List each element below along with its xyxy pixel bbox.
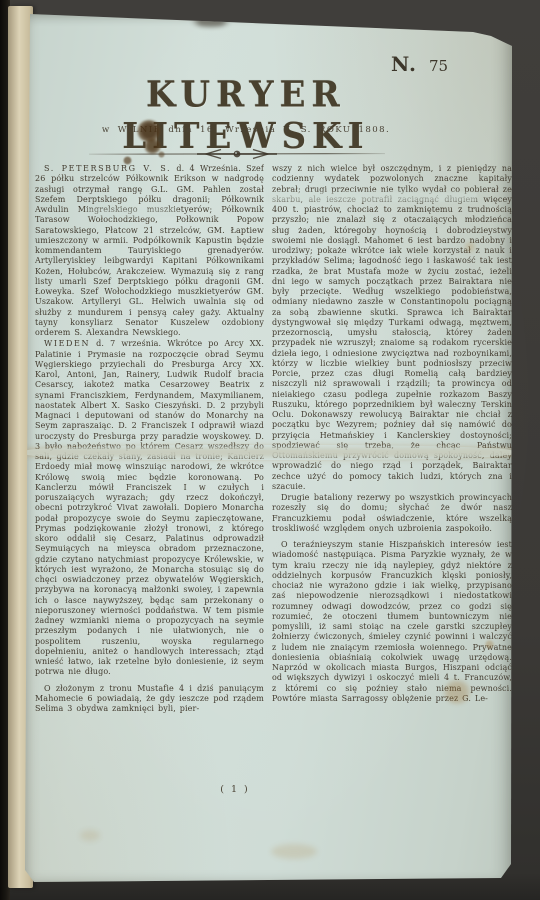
article-paragraph: WIEDEN d. 7 września. Wkrótce po Arcy XX… bbox=[35, 339, 264, 677]
paragraph-text: Drugie bataliony rezerwy po wszystkich p… bbox=[272, 493, 512, 533]
page-number: ( 1 ) bbox=[175, 784, 295, 795]
fox-spot bbox=[271, 844, 317, 859]
paragraph-text: d. 4 Września. Szef 26 półku strzelców P… bbox=[35, 164, 264, 337]
article-paragraph: wszy z nich wielce był oszczędnym, i z p… bbox=[272, 164, 512, 492]
edge-smudge bbox=[187, 12, 235, 27]
ornament-divider-icon bbox=[87, 148, 387, 160]
text-column-left: S. PETERSBURG V. S. d. 4 Września. Szef … bbox=[35, 164, 264, 788]
paragraph-text: wszy z nich wielce był oszczędnym, i z p… bbox=[272, 164, 512, 491]
paragraph-lead: WIEDEN bbox=[44, 339, 90, 348]
paragraph-text: d. 7 września. Wkrótce po Arcy XX. Palat… bbox=[35, 339, 264, 676]
paragraph-lead: S. PETERSBURG V. S. bbox=[44, 164, 171, 173]
fox-spot bbox=[80, 830, 100, 841]
issue-number: N.75 bbox=[391, 52, 448, 76]
text-column-right: wszy z nich wielce był oszczędnym, i z p… bbox=[272, 164, 512, 788]
article-paragraph: Drugie bataliony rezerwy po wszystkich p… bbox=[272, 493, 512, 534]
newspaper-page: N.75 KURYER LITEWSKI w WILNIE dnia 16. W… bbox=[25, 12, 513, 884]
masthead-title: KURYER LITEWSKI bbox=[25, 74, 467, 157]
article-paragraph: O złożonym z tronu Mustafie 4 i dziś pan… bbox=[35, 684, 264, 715]
dateline: w WILNIE dnia 16. Września V. S. ROKU 18… bbox=[25, 125, 467, 135]
issue-value: 75 bbox=[429, 57, 448, 75]
paragraph-text: O teraźnieyszym stanie Hiszpańskich inte… bbox=[272, 540, 512, 703]
article-paragraph: O teraźnieyszym stanie Hiszpańskich inte… bbox=[272, 540, 512, 704]
scan-background: N.75 KURYER LITEWSKI w WILNIE dnia 16. W… bbox=[0, 0, 540, 900]
issue-label: N. bbox=[391, 52, 417, 76]
paragraph-text: O złożonym z tronu Mustafie 4 i dziś pan… bbox=[35, 684, 264, 714]
article-paragraph: S. PETERSBURG V. S. d. 4 Września. Szef … bbox=[35, 164, 264, 338]
